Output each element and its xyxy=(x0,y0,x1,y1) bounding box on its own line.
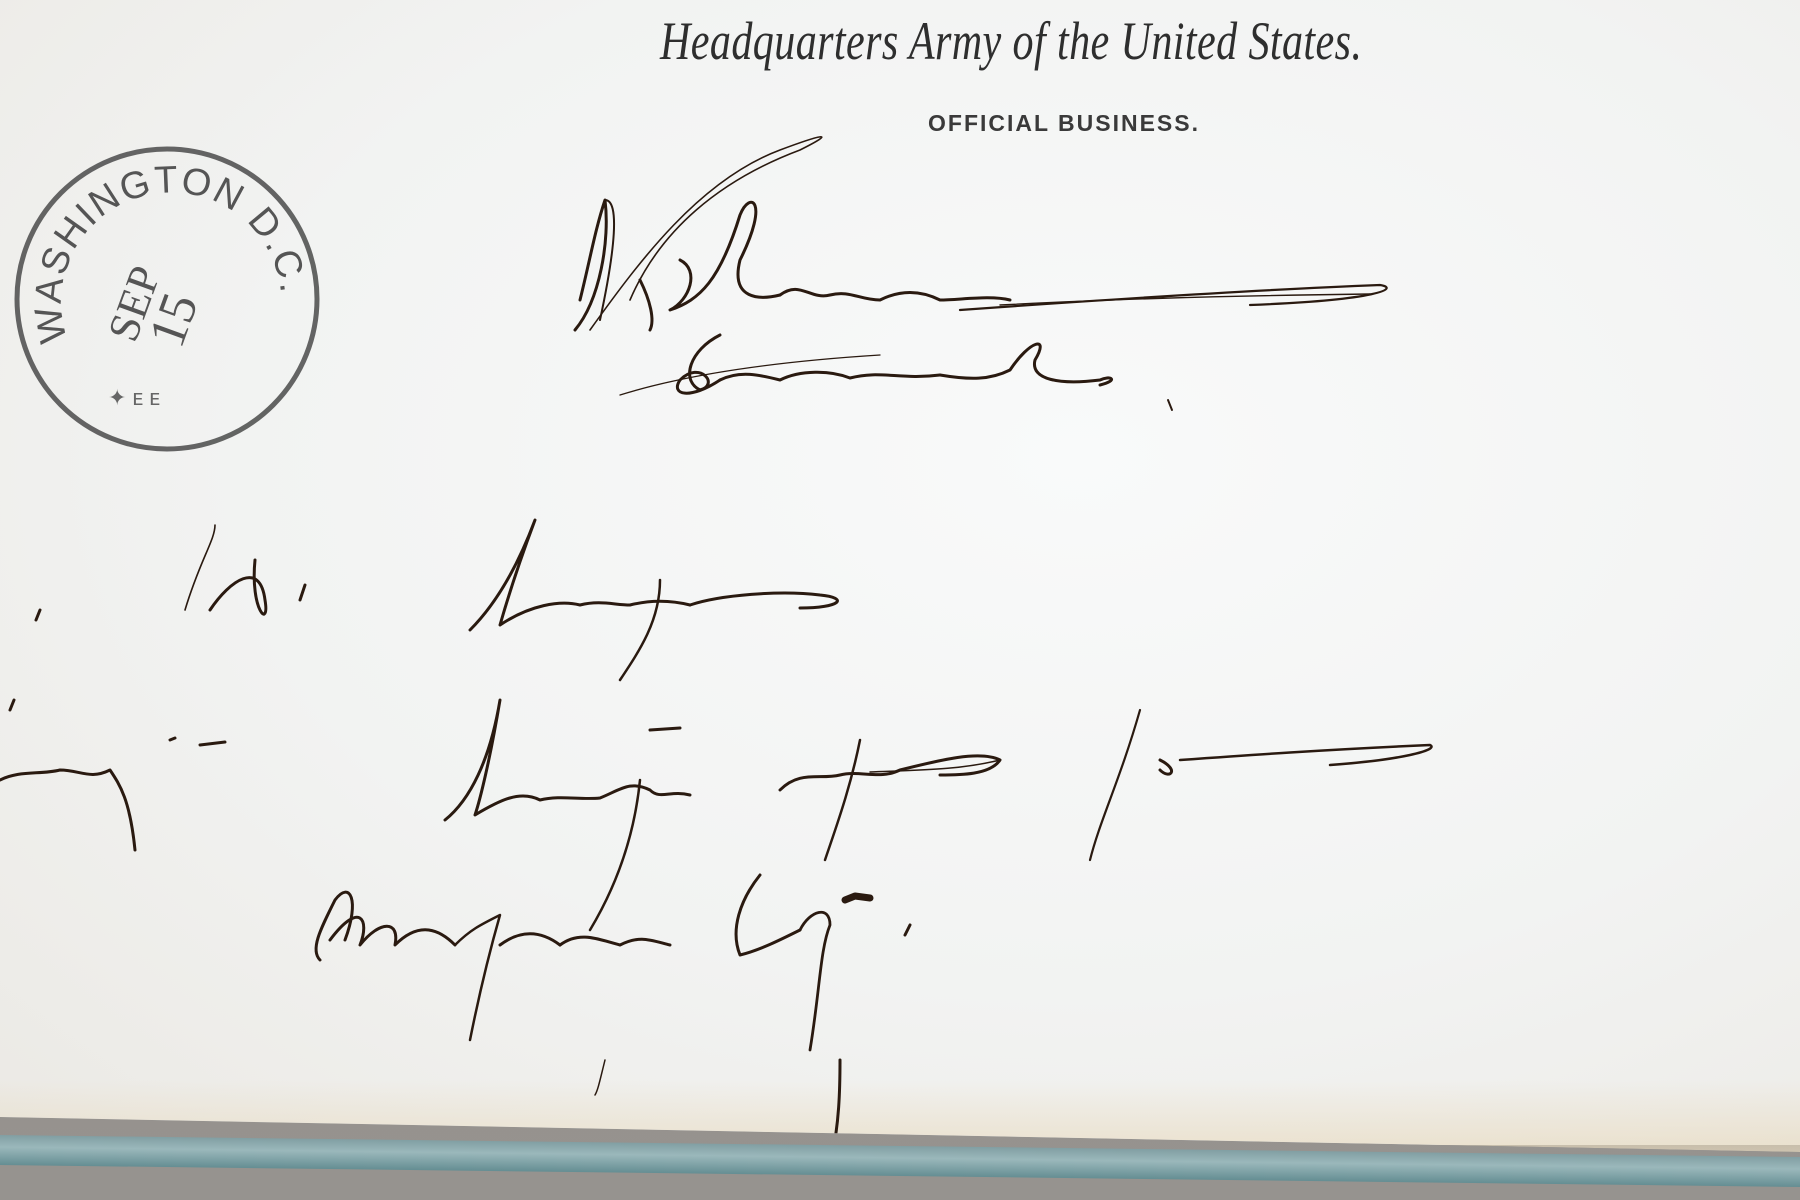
address-line2-strokes xyxy=(0,700,1432,930)
address-line-2: …versity – Washington Square xyxy=(0,0,1,1)
signature-title: General xyxy=(0,0,1,1)
printed-header-subtitle: OFFICIAL BUSINESS. xyxy=(928,110,1200,137)
envelope: Headquarters Army of the United States. … xyxy=(0,0,1800,1145)
signature-name: W. T. Sherman xyxy=(0,0,1,1)
svg-text:✦ ᴇ ᴇ: ✦ ᴇ ᴇ xyxy=(108,385,160,410)
printed-header-title: Headquarters Army of the United States. xyxy=(660,10,1362,72)
address-line-3: New York City. xyxy=(0,0,1,1)
circular-postmark-icon: WASHINGTON D.C. SEP 15 ✦ ᴇ ᴇ xyxy=(8,140,326,458)
title-strokes xyxy=(620,335,1172,410)
address-line-1: …. W. Draper xyxy=(0,0,1,1)
signature-strokes xyxy=(575,137,1387,330)
address-line1-strokes xyxy=(36,520,837,680)
